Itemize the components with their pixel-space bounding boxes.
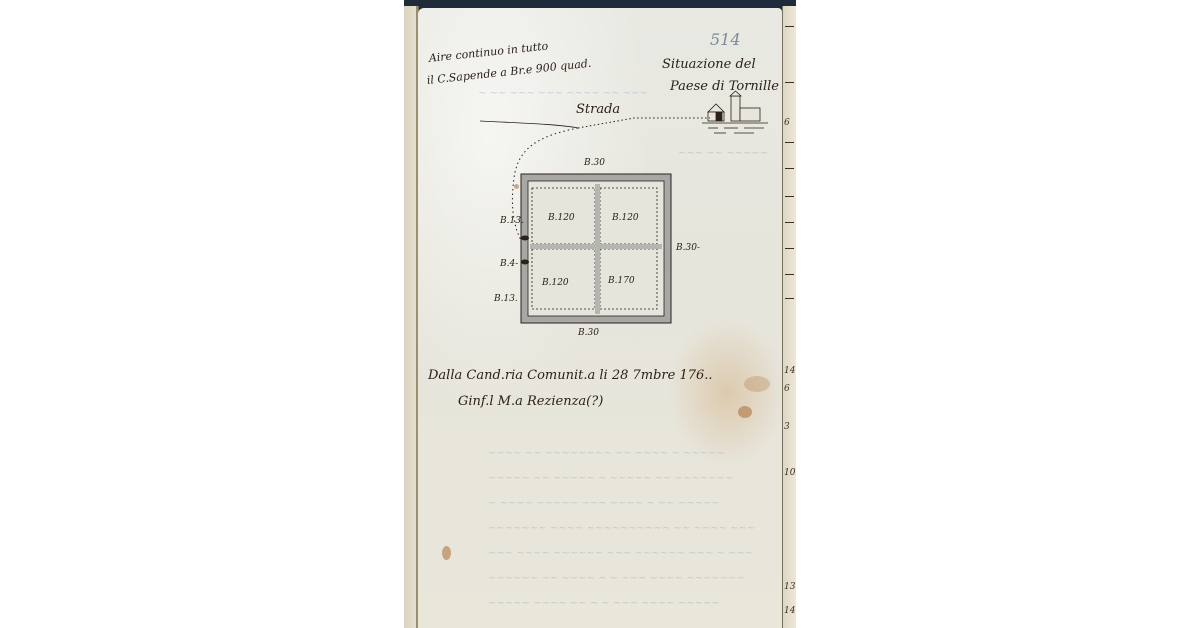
plot-label-sw: B.120 <box>542 278 569 288</box>
village-icon <box>702 91 768 133</box>
plan-top-label: B.30 <box>584 158 605 168</box>
margin-number: 10 <box>784 468 795 478</box>
plan-left-label-2: B.4- <box>500 259 518 269</box>
plan-left-label-1: B.13. <box>500 216 524 226</box>
gate-icon <box>521 236 529 241</box>
signature-line-1: Dalla Cand.ria Comunit.a li 28 7mbre 176… <box>428 368 713 383</box>
manuscript-scan: ~ ~~ ~~~ ~~~ ~~~~ ~~ ~~~ ~~~ ~~ ~~~~~ ~~… <box>404 0 796 628</box>
manuscript-page: ~ ~~ ~~~ ~~~ ~~~~ ~~ ~~~ ~~~ ~~ ~~~~~ ~~… <box>418 8 782 628</box>
plot-label-se: B.170 <box>608 276 635 286</box>
stain <box>738 406 752 418</box>
margin-number: 6 <box>784 118 790 128</box>
margin-number: 13 <box>784 582 795 592</box>
plan-left-label-3: B.13. <box>494 294 518 304</box>
stain <box>744 376 770 392</box>
margin-number: 6 <box>784 384 790 394</box>
plan-right-label: B.30- <box>676 243 700 253</box>
road-dotted <box>578 118 710 128</box>
plan-bottom-label: B.30 <box>578 328 599 338</box>
plot-label-nw: B.120 <box>548 213 575 223</box>
margin-number: 3 <box>784 422 790 432</box>
plot-label-ne: B.120 <box>612 213 639 223</box>
stain <box>442 546 451 560</box>
margin-number: 14 <box>784 606 795 616</box>
signature-line-2: Ginf.l M.a Rezienza(?) <box>458 394 603 409</box>
margin-number: 14 <box>784 366 795 376</box>
road-label: Strada <box>576 102 620 117</box>
road-line <box>480 121 578 128</box>
page-margin-strip: 6 14 6 3 10 13 14 <box>782 6 796 628</box>
stain <box>514 184 519 189</box>
gate-icon <box>521 260 529 265</box>
plan-drawing <box>418 8 782 628</box>
